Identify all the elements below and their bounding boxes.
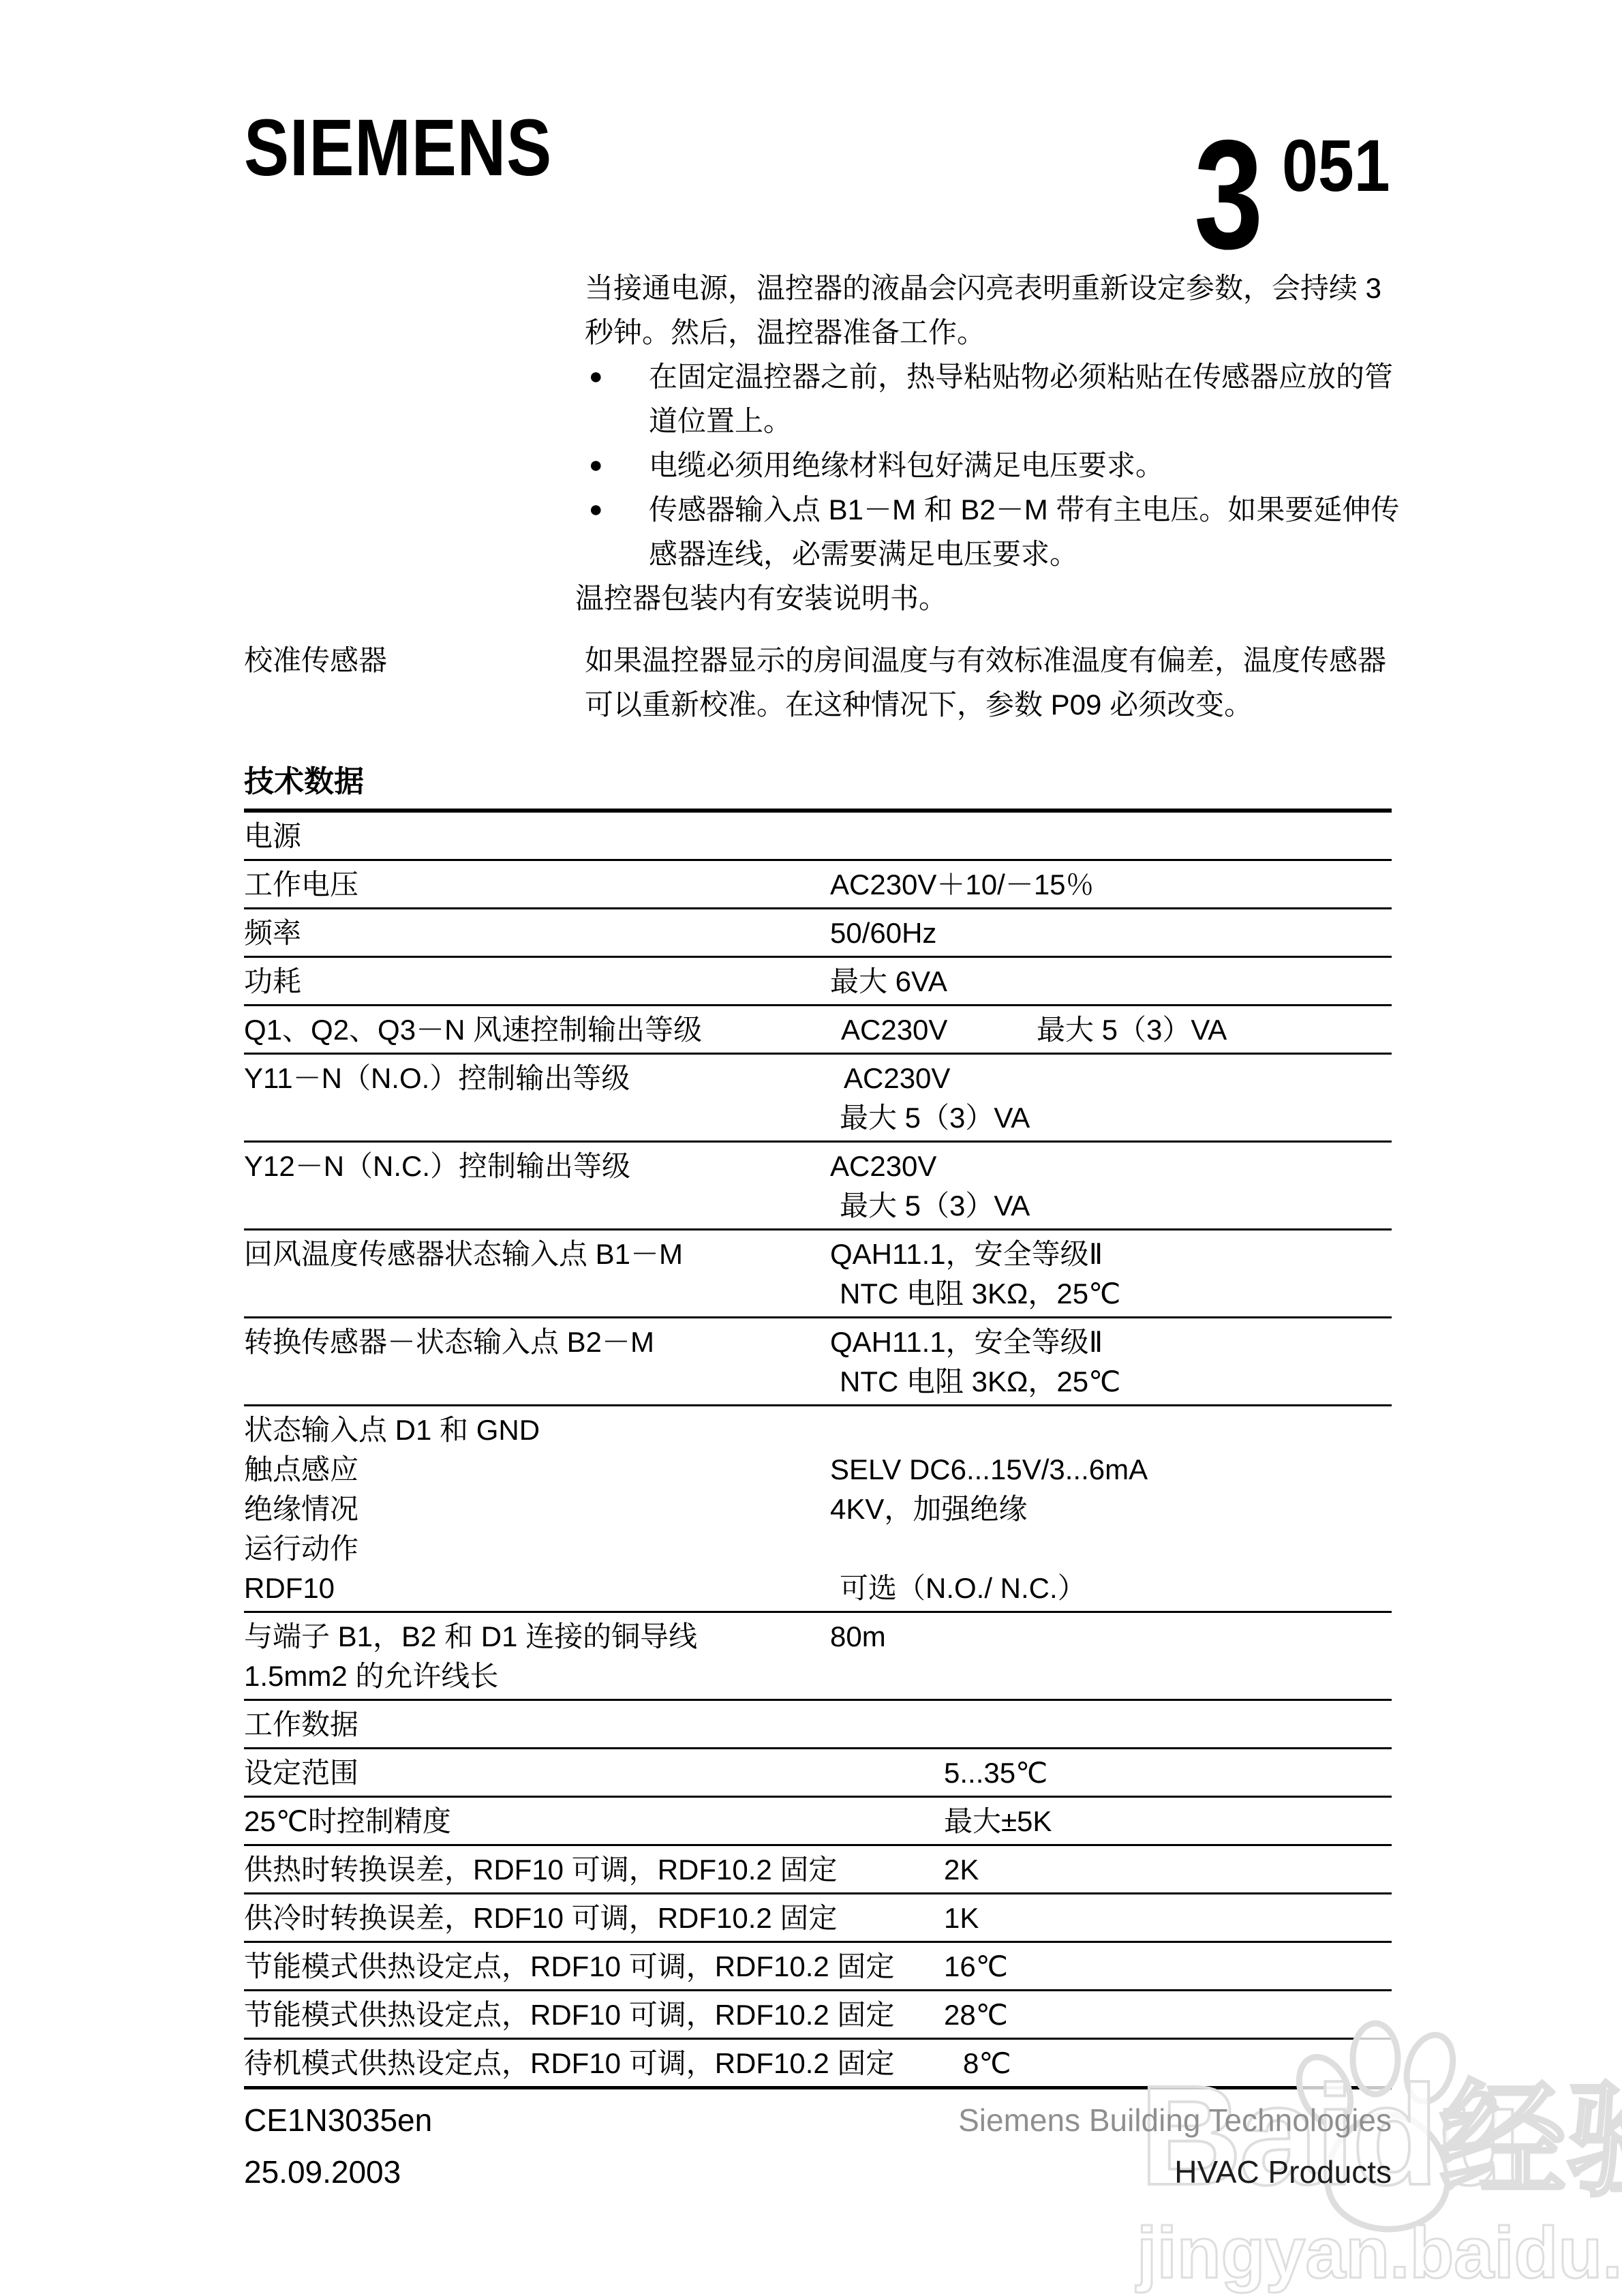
row-value: 16℃ [944, 1947, 1392, 1987]
bullet-text: 感器连线，必需要满足电压要求。 [649, 532, 1409, 576]
row-value: 4KV，加强绝缘 [830, 1490, 1392, 1529]
tech-data-heading: 技术数据 [244, 757, 364, 800]
row-value: 最大 6VA [830, 962, 1392, 1001]
calibration-text: 如果温控器显示的房间温度与有效标准温度有偏差，温度传感器 可以重新校准。在这种情… [585, 638, 1386, 727]
table-row-frequency: 频率 50/60Hz [244, 909, 1392, 958]
table-subrow: 绝缘情况 4KV，加强绝缘 [244, 1490, 1392, 1529]
table-row-q-outputs: Q1、Q2、Q3－N 风速控制输出等级 AC230V 最大 5（3）VA [244, 1006, 1392, 1055]
row-value: 5...35℃ [944, 1753, 1392, 1793]
doc-id: CE1N3035en [244, 2094, 432, 2146]
doc-number-main: 3 [1194, 136, 1263, 254]
table-subrow: RDF10 可选（N.O./ N.C.） [244, 1569, 1392, 1608]
table-row-control-accuracy: 25℃时控制精度 最大±5K [244, 1798, 1392, 1846]
table-row-operating-data-section: 工作数据 [244, 1701, 1392, 1749]
row-value: AC230V [830, 1059, 1392, 1098]
row-value: 8℃ [944, 2044, 1392, 2083]
table-row-standby-setpoint-8: 待机模式供热设定点，RDF10 可调，RDF10.2 固定 8℃ [244, 2040, 1392, 2089]
row-label: 回风温度传感器状态输入点 B1－M [244, 1235, 830, 1314]
table-subrow: 运行动作 [244, 1529, 1392, 1569]
bullet-icon: ● [589, 443, 603, 487]
row-value: NTC 电阻 3KΩ，25℃ [830, 1362, 1392, 1402]
row-value: QAH11.1，安全等级Ⅱ [830, 1323, 1392, 1362]
row-label: Q1、Q2、Q3－N 风速控制输出等级 [244, 1010, 830, 1050]
table-row-setting-range: 设定范围 5...35℃ [244, 1749, 1392, 1798]
row-value: 50/60Hz [830, 913, 1392, 953]
row-value: SELV DC6...15V/3...6mA [830, 1450, 1392, 1490]
table-row-b1-input: 回风温度传感器状态输入点 B1－M QAH11.1，安全等级Ⅱ NTC 电阻 3… [244, 1230, 1392, 1318]
row-value: 1K [944, 1899, 1392, 1938]
row-label-line: 与端子 B1，B2 和 D1 连接的铜导线 [244, 1617, 830, 1657]
row-label: 工作数据 [244, 1705, 830, 1744]
row-label: 状态输入点 D1 和 GND [244, 1410, 830, 1450]
doc-number: 3 051 [1194, 136, 1405, 254]
row-label: 节能模式供热设定点，RDF10 可调，RDF10.2 固定 [244, 1947, 944, 1987]
row-value-2: 最大 5（3）VA [1037, 1010, 1392, 1050]
intro-line: 当接通电源，温控器的液晶会闪亮表明重新设定参数，会持续 3 [585, 266, 1409, 310]
row-label: 功耗 [244, 962, 830, 1001]
row-label: 工作电压 [244, 865, 830, 905]
doc-number-superscript: 051 [1282, 136, 1390, 195]
watermark-url-text: jingyan.baidu.com [1137, 2216, 1622, 2291]
table-row-y12-output: Y12－N（N.C.）控制输出等级 AC230V 最大 5（3）VA [244, 1143, 1392, 1230]
row-value: QAH11.1，安全等级Ⅱ [830, 1235, 1392, 1274]
row-label: 供热时转换误差，RDF10 可调，RDF10.2 固定 [244, 1850, 944, 1890]
bullet-text: 传感器输入点 B1－M 和 B2－M 带有主电压。如果要延伸传 [649, 487, 1409, 532]
bullet-item: ● 在固定温控器之前，热导粘贴物必须粘贴在传感器应放的管 道位置上。 [585, 354, 1409, 443]
row-label: 运行动作 [244, 1529, 830, 1569]
row-value: AC230V＋10/－15％ [830, 865, 1392, 905]
bullet-icon: ● [589, 487, 603, 532]
bullet-item: ● 传感器输入点 B1－M 和 B2－M 带有主电压。如果要延伸传 感器连线，必… [585, 487, 1409, 576]
row-label: 触点感应 [244, 1450, 830, 1490]
section-label-calibrate-sensor: 校准传感器 [244, 638, 387, 682]
table-row-heating-switch-diff: 供热时转换误差，RDF10 可调，RDF10.2 固定 2K [244, 1846, 1392, 1894]
doc-date: 25.09.2003 [244, 2146, 432, 2198]
table-row-power-consumption: 功耗 最大 6VA [244, 958, 1392, 1006]
footer-left: CE1N3035en 25.09.2003 [244, 2094, 432, 2198]
row-value [830, 1410, 1392, 1450]
table-row-cooling-switch-diff: 供冷时转换误差，RDF10 可调，RDF10.2 固定 1K [244, 1894, 1392, 1943]
row-label: Y12－N（N.C.）控制输出等级 [244, 1147, 830, 1226]
footer-division: HVAC Products [750, 2146, 1392, 2198]
row-value: AC230V [830, 1147, 1392, 1186]
row-label: 转换传感器－状态输入点 B2－M [244, 1323, 830, 1402]
table-row-energy-setpoint-28: 节能模式供热设定点，RDF10 可调，RDF10.2 固定 28℃ [244, 1991, 1392, 2040]
row-label: 绝缘情况 [244, 1490, 830, 1529]
row-label: 待机模式供热设定点，RDF10 可调，RDF10.2 固定 [244, 2044, 944, 2083]
table-row-wire-length: 与端子 B1，B2 和 D1 连接的铜导线 1.5mm2 的允许线长 80m [244, 1613, 1392, 1701]
row-value: NTC 电阻 3KΩ，25℃ [830, 1274, 1392, 1314]
footer-right: Siemens Building Technologies HVAC Produ… [750, 2094, 1392, 2198]
row-label: 设定范围 [244, 1753, 944, 1793]
footer-company: Siemens Building Technologies [750, 2094, 1392, 2146]
bullet-item: ● 电缆必须用绝缘材料包好满足电压要求。 [585, 443, 1409, 487]
bullet-text: 在固定温控器之前，热导粘贴物必须粘贴在传感器应放的管 [649, 354, 1409, 399]
row-value: 2K [944, 1850, 1392, 1890]
table-row-operating-voltage: 工作电压 AC230V＋10/－15％ [244, 861, 1392, 909]
row-value [830, 1529, 1392, 1569]
row-value: 28℃ [944, 1995, 1392, 2035]
row-label: 电源 [244, 817, 830, 856]
row-value: 最大±5K [944, 1802, 1392, 1841]
row-label: 频率 [244, 913, 830, 953]
intro-paragraph: 当接通电源，温控器的液晶会闪亮表明重新设定参数，会持续 3 秒钟。然后，温控器准… [585, 266, 1409, 620]
row-label: 25℃时控制精度 [244, 1802, 944, 1841]
row-value: 最大 5（3）VA [830, 1186, 1392, 1226]
calibration-line: 如果温控器显示的房间温度与有效标准温度有偏差，温度传感器 [585, 638, 1386, 682]
row-value: 可选（N.O./ N.C.） [830, 1569, 1392, 1608]
bullet-text: 道位置上。 [649, 399, 1409, 443]
table-subrow: 状态输入点 D1 和 GND [244, 1410, 1392, 1450]
bullet-icon: ● [589, 354, 603, 399]
table-row-d1-group: 状态输入点 D1 和 GND 触点感应 SELV DC6...15V/3...6… [244, 1406, 1392, 1613]
row-label: 供冷时转换误差，RDF10 可调，RDF10.2 固定 [244, 1899, 944, 1938]
row-value: 80m [830, 1617, 1392, 1696]
table-row-energy-setpoint-16: 节能模式供热设定点，RDF10 可调，RDF10.2 固定 16℃ [244, 1943, 1392, 1991]
row-label: Y11－N（N.O.）控制输出等级 [244, 1059, 830, 1138]
intro-line: 秒钟。然后，温控器准备工作。 [585, 310, 1409, 354]
calibration-line: 可以重新校准。在这种情况下，参数 P09 必须改变。 [585, 682, 1386, 727]
row-label: 与端子 B1，B2 和 D1 连接的铜导线 1.5mm2 的允许线长 [244, 1617, 830, 1696]
bullet-text: 电缆必须用绝缘材料包好满足电压要求。 [649, 443, 1409, 487]
intro-closing-line: 温控器包装内有安装说明书。 [575, 576, 1409, 620]
table-subrow: 触点感应 SELV DC6...15V/3...6mA [244, 1450, 1392, 1490]
row-value: AC230V [830, 1010, 1037, 1050]
row-label: RDF10 [244, 1569, 830, 1608]
row-label: 节能模式供热设定点，RDF10 可调，RDF10.2 固定 [244, 1995, 944, 2035]
watermark-jingyan-text: 经验 [1439, 2076, 1622, 2206]
tech-data-table: 电源 工作电压 AC230V＋10/－15％ 频率 50/60Hz 功耗 最大 … [244, 809, 1392, 2089]
siemens-logo: SIEMENS [244, 108, 552, 188]
table-row-b2-input: 转换传感器－状态输入点 B2－M QAH11.1，安全等级Ⅱ NTC 电阻 3K… [244, 1318, 1392, 1406]
table-row-y11-output: Y11－N（N.O.）控制输出等级 AC230V 最大 5（3）VA [244, 1055, 1392, 1143]
row-label-line: 1.5mm2 的允许线长 [244, 1657, 830, 1696]
row-value: 最大 5（3）VA [830, 1098, 1392, 1138]
table-row-power-section: 电源 [244, 813, 1392, 861]
